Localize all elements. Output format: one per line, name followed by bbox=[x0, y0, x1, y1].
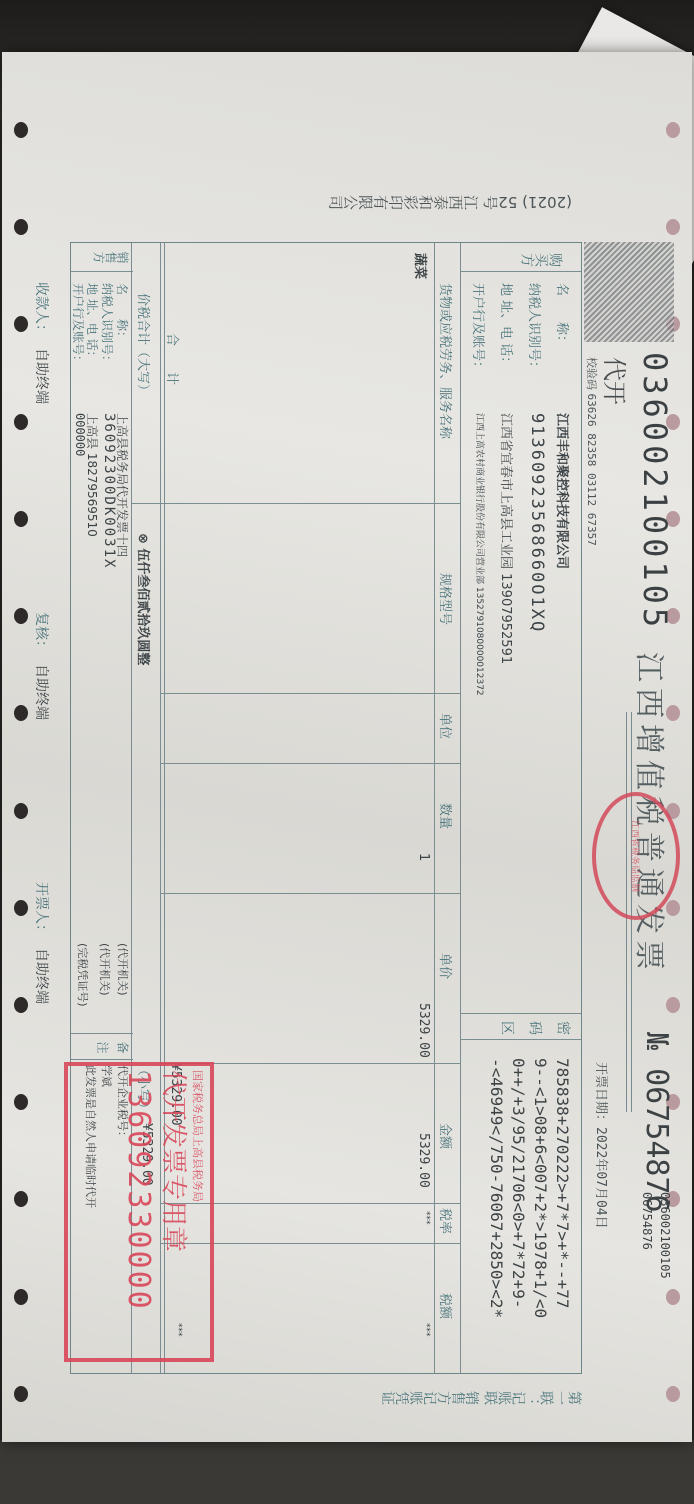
col-unit: 单位 bbox=[437, 713, 456, 739]
check-code: 校验码 63626 82358 03112 67357 bbox=[584, 357, 600, 546]
background-floor bbox=[0, 1440, 694, 1504]
seal-authority: 国家税务总局上高县税务局 bbox=[190, 1070, 206, 1354]
grand-total-words: ⊗ 伍仟叁佰贰拾玖圆整 bbox=[135, 533, 154, 665]
tractor-holes-bottom bbox=[8, 122, 28, 1402]
seller-bank: 000000 bbox=[73, 413, 87, 456]
grand-total-label: 价税合计（大写） bbox=[135, 293, 154, 397]
buyer-address: 江西省宜春市上高县工业园 13907952591 bbox=[498, 413, 517, 664]
seal-number: 136092330000 bbox=[121, 1070, 156, 1354]
col-rate: 税率 bbox=[437, 1208, 456, 1234]
item-header: 货物或应税劳务、服务名称 规格型号 单位 数量 单价 金额 税率 税额 bbox=[434, 243, 461, 1373]
col-qty: 数量 bbox=[437, 803, 456, 829]
total-label: 合 计 bbox=[164, 333, 183, 385]
check-code-value: 63626 82358 03112 67357 bbox=[585, 394, 598, 546]
col-price: 单价 bbox=[437, 953, 456, 979]
col-tax: 税额 bbox=[437, 1293, 456, 1319]
col-amount: 金额 bbox=[437, 1123, 456, 1149]
cipher-area: 785838+270222>+7*7>+*--+779--<1>08+6<007… bbox=[485, 1058, 573, 1318]
payee: 收款人：自助终端 bbox=[32, 282, 52, 404]
buyer-tax-id: 91360923568660O1XQ bbox=[527, 413, 547, 633]
buyer-name-label: 名 称： bbox=[554, 283, 573, 348]
printed-code: 036002100105 bbox=[656, 1192, 674, 1279]
invoice-paper: 036002100105 代开 校验码 63626 82358 03112 67… bbox=[2, 52, 692, 1442]
buyer-bank-label: 开户行及账号： bbox=[470, 283, 489, 374]
copy-label: 第一联：记账联 销售方记账凭证 bbox=[382, 1387, 582, 1407]
invoice-number: № 06754876 bbox=[639, 1032, 674, 1213]
buyer-section: 购买方 名 称： 江西丰和聚控科技有限公司 纳税人识别号： 9136092356… bbox=[460, 243, 581, 1373]
seller-label: 销售方 bbox=[93, 249, 129, 266]
invoice-special-seal: 国家税务总局上高县税务局 代开发票专用章 136092330000 bbox=[64, 1062, 214, 1362]
col-name: 货物或应税劳务、服务名称 bbox=[437, 283, 456, 439]
printed-number: 06754876 bbox=[638, 1192, 656, 1279]
issuer-type: 代开 bbox=[599, 357, 634, 405]
buyer-tax-id-label: 纳税人识别号： bbox=[526, 283, 545, 374]
print-note: (2021) 52号 江西泰和彩印有限公司 bbox=[328, 192, 572, 213]
seal-title: 代开发票专用章 bbox=[156, 1070, 190, 1354]
drawer: 开票人：自助终端 bbox=[32, 882, 52, 1004]
printed-code-number: 036002100105 06754876 bbox=[638, 1192, 674, 1279]
check-code-label: 校验码 bbox=[585, 357, 598, 390]
buyer-address-label: 地 址、电 话： bbox=[498, 283, 517, 369]
col-spec: 规格型号 bbox=[437, 573, 456, 625]
cipher-label: 密码区 bbox=[487, 1017, 571, 1037]
invoice-code: 036002100105 bbox=[636, 352, 674, 631]
reviewer: 复核：自助终端 bbox=[32, 612, 52, 720]
remarks-label: 备注 bbox=[89, 1039, 129, 1056]
buyer-name: 江西丰和聚控科技有限公司 bbox=[554, 413, 573, 569]
buyer-label: 购买方 bbox=[521, 249, 563, 269]
seller-tax-id: 36092300DK0031X bbox=[101, 413, 117, 569]
issue-date: 开票日期：2022年07月04日 bbox=[593, 1062, 612, 1229]
qr-code bbox=[584, 242, 674, 342]
buyer-bank: 江西上高农村商业银行股份有限公司营业部 1352791080000012372 bbox=[474, 413, 487, 696]
supervision-seal: 江西省税务局监制 bbox=[592, 792, 680, 920]
